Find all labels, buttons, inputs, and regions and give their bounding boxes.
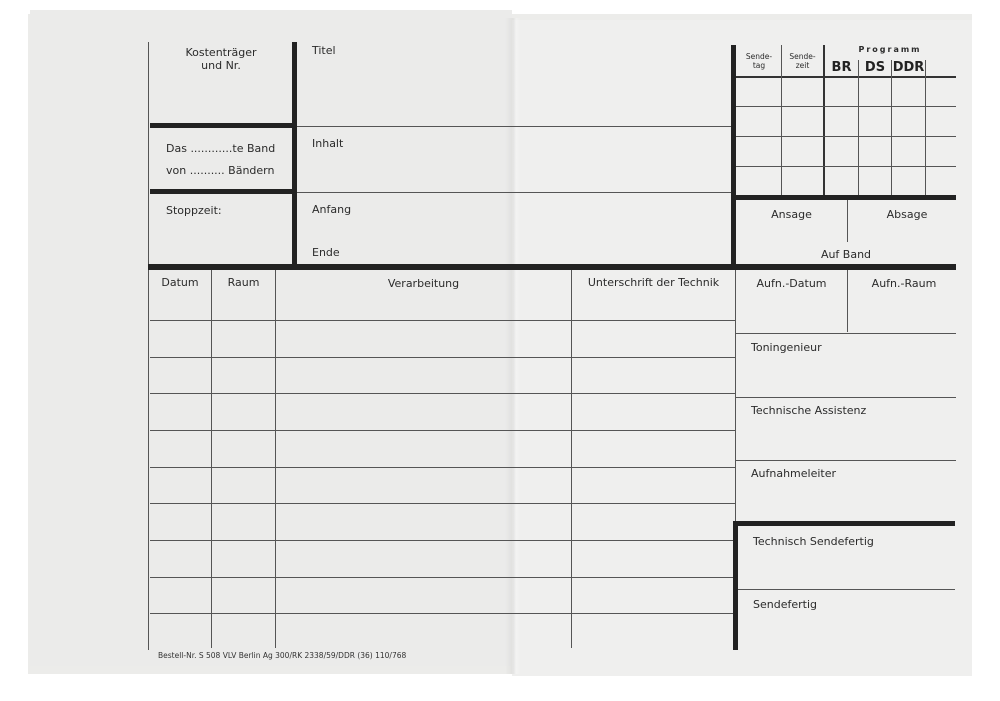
technisch-sendefertig-field[interactable]: Technisch Sendefertig [738,526,955,588]
toningenieur-field[interactable]: Toningenieur [736,334,956,396]
sendefertig-label: Sendefertig [753,598,817,611]
sendezeit-label-line2: zeit [782,61,823,70]
sendezeit-label-line1: Sende- [782,52,823,61]
aufnahmeleiter-field[interactable]: Aufnahmeleiter [736,461,956,521]
form-left-border [148,42,149,650]
inhalt-field[interactable]: Inhalt [297,127,733,192]
col-header-unterschrift: Unterschrift der Technik [572,276,735,289]
aufn-datum-label: Aufn.-Datum [736,277,847,290]
sendetag-label: Sende- tag [737,52,781,70]
kostentraeger-label: Kostenträger [150,46,292,59]
ansage-label: Ansage [736,208,847,221]
baender-label: von .......... Bändern [166,164,274,177]
program-ddr-label: DDR [892,60,925,75]
program-ds-label: DS [859,60,891,75]
toningenieur-label: Toningenieur [751,341,822,354]
sendefertig-field[interactable]: Sendefertig [738,590,955,650]
ende-label: Ende [312,246,340,259]
aufn-raum-label: Aufn.-Raum [848,277,960,290]
band-label: Das ............te Band [166,142,275,155]
footer-order-number: Bestell-Nr. S 508 VLV Berlin Ag 300/RK 2… [158,651,406,660]
schedule-grid[interactable] [736,78,956,195]
technische-assistenz-field[interactable]: Technische Assistenz [736,398,956,460]
absage-field[interactable]: Absage [848,200,956,244]
aufn-raum-field[interactable]: Aufn.-Raum [848,270,956,332]
stoppzeit-label: Stoppzeit: [166,204,222,217]
stoppzeit-field[interactable]: Stoppzeit: [150,194,292,264]
inhalt-label: Inhalt [312,137,343,150]
col-header-raum: Raum [212,276,275,289]
anfang-ende-field[interactable]: Anfang Ende [297,193,733,265]
aufnahmeleiter-label: Aufnahmeleiter [751,467,836,480]
processing-table-body[interactable] [150,321,735,648]
kostentraeger-label-line2: und Nr. [150,59,292,72]
col-header-datum: Datum [149,276,211,289]
col-header-verarbeitung: Verarbeitung [276,277,571,290]
kostentraeger-field[interactable]: Kostenträger und Nr. [150,42,292,122]
titel-field[interactable]: Titel [297,42,733,126]
titel-label: Titel [312,44,336,57]
ansage-field[interactable]: Ansage [736,200,847,244]
auf-band-label: Auf Band [736,248,956,261]
sendetag-label-line1: Sende- [737,52,781,61]
band-count-field[interactable]: Das ............te Band von .......... B… [150,128,292,188]
anfang-label: Anfang [312,203,351,216]
technisch-sendefertig-label: Technisch Sendefertig [753,535,874,548]
sendezeit-label: Sende- zeit [782,52,823,70]
sendetag-label-line2: tag [737,61,781,70]
program-br-label: BR [825,60,858,75]
absage-label: Absage [848,208,966,221]
programm-label: Programm [825,45,955,54]
aufn-datum-field[interactable]: Aufn.-Datum [736,270,847,332]
technische-assistenz-label: Technische Assistenz [751,404,866,417]
